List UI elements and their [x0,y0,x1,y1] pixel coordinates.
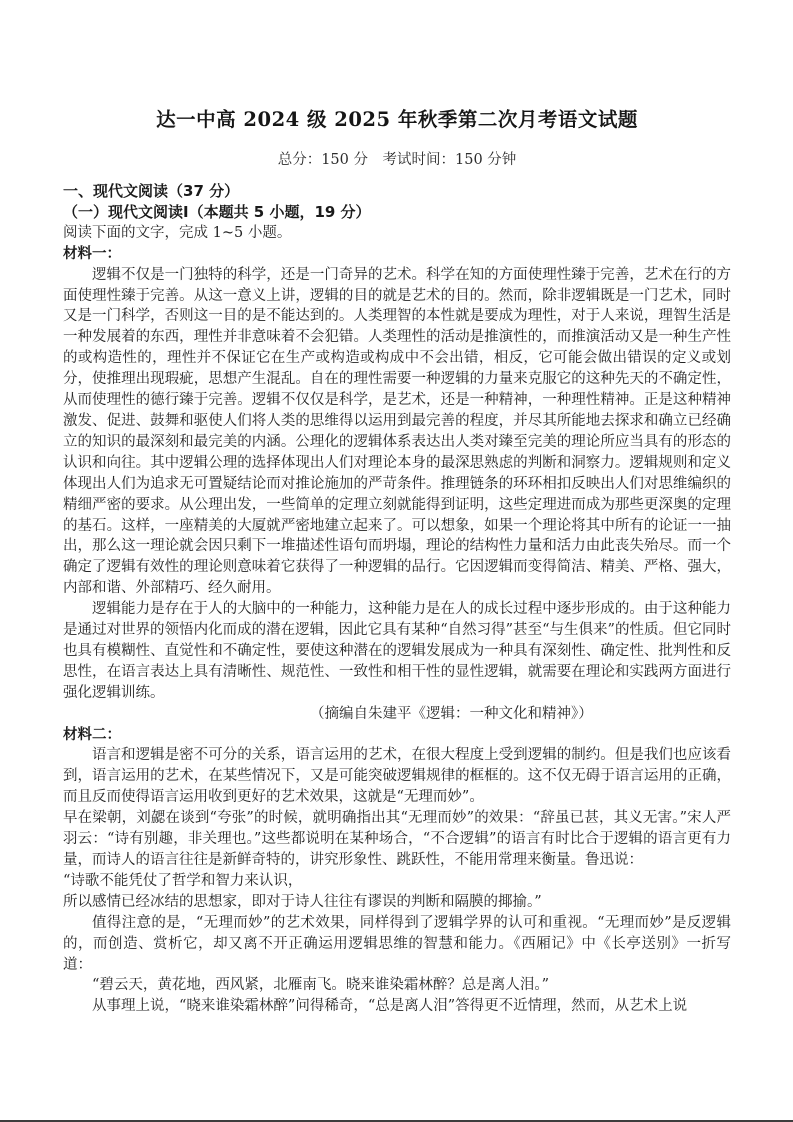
reading-instruction: 阅读下面的文字，完成 1~5 小题。 [63,223,731,244]
page-content: 达一中高 2024 级 2025 年秋季第二次月考语文试题 总分：150 分 考… [63,0,731,1017]
material-two-label: 材料二： [63,725,731,746]
material-two-verse-quote: “碧云天，黄花地，西风紧，北雁南飞。晓来谁染霜林醉？总是离人泪。” [63,975,731,996]
exam-score-time-subtitle: 总分：150 分 考试时间：150 分钟 [63,150,731,171]
section-heading-modern-reading: 一、现代文阅读（37 分） [63,181,731,202]
material-one-paragraph: 逻辑不仅是一门独特的科学，还是一门奇异的艺术。科学在知的方面使理性臻于完善，艺术… [63,265,731,600]
material-two-quote-line: 所以感情已经冰结的思想家，即对于诗人往往有谬误的判断和隔膜的揶揄。” [63,892,731,913]
material-two-paragraph: 语言和逻辑是密不可分的关系，语言运用的艺术，在很大程度上受到逻辑的制约。但是我们… [63,745,731,808]
subsection-heading-reading-one: （一）现代文阅读Ⅰ（本题共 5 小题，19 分） [63,202,731,223]
page-title: 达一中高 2024 级 2025 年秋季第二次月考语文试题 [63,106,731,134]
material-one-paragraph: 逻辑能力是存在于人的大脑中的一种能力，这种能力是在人的成长过程中逐步形成的。由于… [63,599,731,704]
material-two-paragraph: 早在梁朝，刘勰在谈到“夸张”的时候，就明确指出其“无理而妙”的效果：“辞虽已甚，… [63,808,731,871]
material-two-paragraph: 值得注意的是，“无理而妙”的艺术效果，同样得到了逻辑学界的认可和重视。“无理而妙… [63,913,731,976]
material-one-attribution: （摘编自朱建平《逻辑：一种文化和精神》） [310,704,731,725]
material-two-quote-line: “诗歌不能凭仗了哲学和智力来认识， [63,871,731,892]
material-two-paragraph: 从事理上说，“晓来谁染霜林醉”问得稀奇，“总是离人泪”答得更不近情理，然而，从艺… [63,996,731,1017]
document-page: 达一中高 2024 级 2025 年秋季第二次月考语文试题 总分：150 分 考… [0,0,793,1122]
material-one-label: 材料一： [63,244,731,265]
